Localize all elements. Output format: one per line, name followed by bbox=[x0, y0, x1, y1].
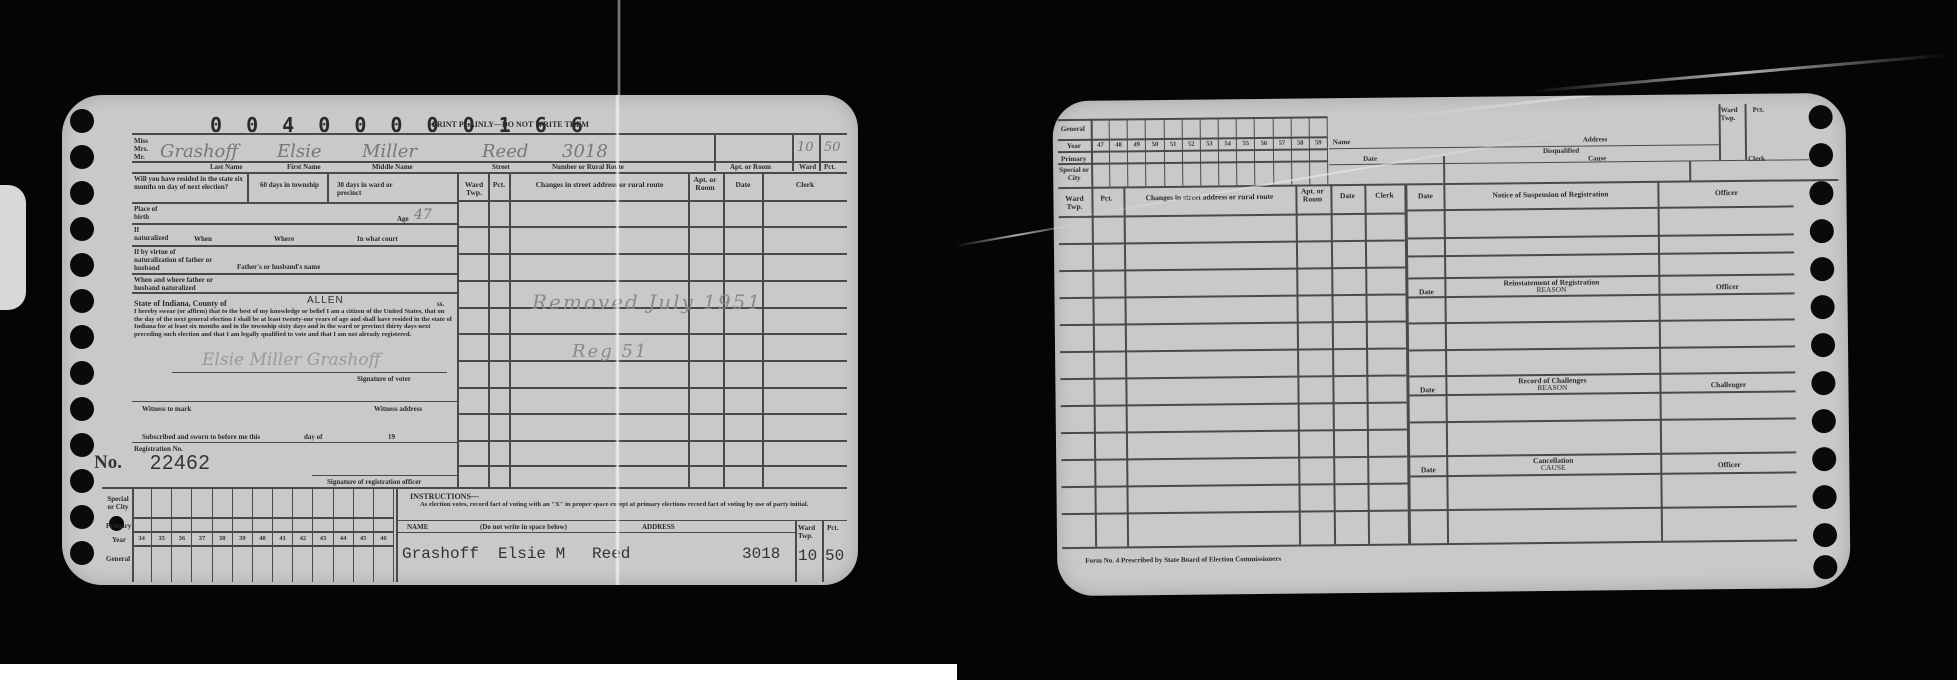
label-first-name: First Name bbox=[287, 163, 321, 171]
year-cell: 37 bbox=[192, 532, 212, 545]
instructions-title: INSTRUCTIONS— bbox=[410, 493, 479, 501]
typed-ward: 10 bbox=[798, 547, 817, 565]
where-label: Where bbox=[274, 235, 294, 243]
year-cell: 58 bbox=[1292, 137, 1310, 148]
oath-text: I hereby swear (or affirm) that to the b… bbox=[134, 308, 454, 338]
middle-name-handwritten: Miller bbox=[362, 141, 417, 162]
right-name-label: Name bbox=[1333, 138, 1351, 146]
right-row-label-primary: Primary bbox=[1061, 155, 1086, 163]
year-cell: 50 bbox=[1146, 139, 1164, 150]
question-six-months: Will you have resided in the state six m… bbox=[134, 175, 244, 191]
when-where-naturalized-label: When and where father or husband natural… bbox=[134, 276, 234, 292]
year-cell: 34 bbox=[132, 532, 152, 545]
reinstatement-header-officer: Officer bbox=[1660, 282, 1794, 291]
cancellation-header-date: Date bbox=[1412, 466, 1444, 474]
title-prefix-mrs: Mrs. bbox=[134, 145, 148, 153]
right-changes-table-grid bbox=[1052, 93, 1845, 101]
fold-crease bbox=[615, 95, 620, 585]
top-pct-value: 50 bbox=[824, 140, 841, 155]
question-30-days: 30 days in ward or precinct bbox=[337, 181, 417, 197]
footer-address-label: ADDRESS bbox=[642, 523, 675, 531]
year-prefix: 19 bbox=[388, 433, 395, 441]
right-changes-header-clerk: Clerk bbox=[1366, 192, 1402, 200]
right-address-label: Address bbox=[1583, 135, 1607, 143]
instructions-text: As election votes, record fact of voting… bbox=[420, 501, 820, 509]
left-changes-header-apt: Apt. or Room bbox=[690, 176, 720, 192]
label-middle-name: Middle Name bbox=[372, 163, 413, 171]
cancellation-header-officer: Officer bbox=[1662, 460, 1796, 469]
center-fold-line bbox=[617, 0, 621, 95]
right-changes-header-apt: Apt. or Room bbox=[1296, 187, 1328, 203]
age-value: 47 bbox=[414, 207, 432, 223]
registration-number: 22462 bbox=[150, 452, 211, 475]
row-label-general: General bbox=[106, 555, 130, 563]
subscribed-label: Subscribed and sworn to before me this bbox=[142, 433, 260, 441]
registration-card-back: General Year Primary Special or City 47 … bbox=[1052, 93, 1850, 596]
year-cell: 47 bbox=[1092, 140, 1110, 151]
challenges-header-challenger: Challenger bbox=[1661, 380, 1795, 389]
label-last-name: Last Name bbox=[210, 163, 242, 171]
place-of-birth-label: Place of birth bbox=[134, 205, 164, 221]
left-changes-header-pct: Pct. bbox=[490, 181, 508, 189]
street-handwritten: Reed bbox=[482, 141, 528, 162]
row-label-year: Year bbox=[112, 536, 126, 544]
witness-to-mark-label: Witness to mark bbox=[142, 405, 191, 413]
suspension-header-date: Date bbox=[1409, 192, 1441, 200]
reg-note-handwritten: Reg 51 bbox=[572, 341, 648, 362]
top-ward-value: 10 bbox=[797, 140, 814, 155]
title-prefix-mr: Mr. bbox=[134, 153, 145, 161]
ss-label: ss. bbox=[437, 300, 444, 308]
year-cell: 53 bbox=[1201, 138, 1219, 149]
header-notice: PRINT PLAINLY—DO NOT WRITE THEM bbox=[432, 121, 589, 129]
registration-no-symbol: No. bbox=[94, 452, 122, 474]
registration-card-front: 0 0 4 0 0 0 0 0 1 6 6 PRINT PLAINLY—DO N… bbox=[62, 95, 858, 585]
right-pct-label: Pct. bbox=[1753, 106, 1765, 114]
year-cell: 38 bbox=[213, 532, 233, 545]
year-cell: 45 bbox=[354, 532, 374, 545]
year-cell: 51 bbox=[1164, 139, 1182, 150]
label-apt-room: Apt. or Room bbox=[730, 163, 771, 171]
by-virtue-label: If by virtue of naturalization of father… bbox=[134, 248, 214, 272]
year-cell: 41 bbox=[273, 532, 293, 545]
right-changes-header-ward: Ward Twp. bbox=[1059, 195, 1089, 211]
removed-note-handwritten: Removed July 1951 bbox=[532, 290, 762, 314]
year-cell: 52 bbox=[1183, 139, 1201, 150]
row-label-special-city: Special or City bbox=[104, 495, 132, 511]
year-cell: 56 bbox=[1255, 138, 1273, 149]
year-cell: 46 bbox=[374, 532, 394, 545]
left-changes-header-date: Date bbox=[724, 181, 762, 189]
father-husband-name-label: Father's or husband's name bbox=[237, 263, 320, 271]
right-row-label-general: General bbox=[1061, 125, 1085, 133]
year-cell: 44 bbox=[334, 532, 354, 545]
suspension-header-officer: Officer bbox=[1659, 188, 1793, 197]
typed-name: Grashoff Elsie M bbox=[402, 545, 565, 563]
footer-pct-label: Pct. bbox=[827, 524, 838, 532]
left-changes-header-address: Changes in street address or rural route bbox=[512, 181, 687, 189]
label-ward: Ward bbox=[799, 163, 816, 171]
year-cell: 39 bbox=[233, 532, 253, 545]
typed-street: Reed bbox=[592, 545, 630, 563]
year-cell: 55 bbox=[1237, 138, 1255, 149]
year-cell: 36 bbox=[172, 532, 192, 545]
when-label: When bbox=[194, 235, 212, 243]
right-clerk-label: Clerk bbox=[1748, 155, 1765, 163]
background-scratch bbox=[1530, 53, 1949, 93]
footer-note: (Do not write in space below) bbox=[480, 523, 567, 531]
state-county-label: State of Indiana, County of bbox=[134, 300, 227, 308]
left-changes-header-ward: Ward Twp. bbox=[460, 181, 488, 197]
question-60-days: 60 days in township bbox=[260, 181, 320, 189]
punch-holes-right bbox=[1052, 93, 1845, 101]
signature-officer-label: Signature of registration officer bbox=[327, 478, 421, 486]
suspension-header-notice: Notice of Suspension of Registration bbox=[1445, 190, 1655, 200]
in-what-court-label: In what court bbox=[357, 235, 398, 243]
left-year-grid: 34 35 36 37 38 39 40 41 42 43 44 45 46 bbox=[132, 532, 394, 545]
footer-ward-label: Ward Twp. bbox=[798, 524, 820, 540]
witness-address-label: Witness address bbox=[374, 405, 422, 413]
number-handwritten: 3018 bbox=[562, 141, 608, 162]
last-name-handwritten: Grashoff bbox=[160, 141, 238, 162]
right-date-label: Date bbox=[1363, 155, 1377, 163]
voter-signature-handwritten: Elsie Miller Grashoff bbox=[202, 350, 381, 370]
row-label-primary: Primary bbox=[106, 522, 131, 530]
form-footer: Form No. 4 Prescribed by State Board of … bbox=[1085, 555, 1281, 565]
year-cell: 59 bbox=[1310, 137, 1328, 148]
year-cell: 48 bbox=[1110, 139, 1128, 150]
title-prefix-miss: Miss bbox=[134, 137, 148, 145]
label-street: Street bbox=[492, 163, 510, 171]
scratch-streak bbox=[1382, 93, 1839, 121]
right-row-label-special-city: Special or City bbox=[1059, 166, 1089, 182]
right-changes-header-date: Date bbox=[1331, 192, 1363, 200]
cancellation-header-cause: CAUSE bbox=[1448, 463, 1658, 473]
year-cell: 42 bbox=[293, 532, 313, 545]
year-cell: 49 bbox=[1128, 139, 1146, 150]
age-label: Age bbox=[397, 215, 409, 223]
year-cell: 57 bbox=[1273, 138, 1291, 149]
year-cell: 35 bbox=[152, 532, 172, 545]
left-changes-header-clerk: Clerk bbox=[767, 181, 843, 189]
right-ward-label: Ward Twp. bbox=[1721, 106, 1743, 122]
right-row-label-year: Year bbox=[1067, 142, 1081, 150]
footer-name-label: NAME bbox=[407, 523, 428, 531]
typed-number: 3018 bbox=[742, 545, 780, 563]
first-name-handwritten: Elsie bbox=[277, 141, 322, 162]
typed-pct: 50 bbox=[825, 547, 844, 565]
year-cell: 54 bbox=[1219, 138, 1237, 149]
right-disqualified-label: Disqualified bbox=[1543, 147, 1579, 155]
label-number: Number or Rural Route bbox=[552, 163, 624, 171]
label-pct: Pct. bbox=[824, 163, 835, 171]
signature-of-voter-label: Signature of voter bbox=[357, 375, 411, 383]
right-changes-header-pct: Pct. bbox=[1091, 194, 1121, 202]
day-of-label: day of bbox=[304, 433, 322, 441]
year-cell: 43 bbox=[313, 532, 333, 545]
naturalized-label: If naturalized bbox=[134, 226, 174, 242]
bottom-white-strip bbox=[0, 664, 957, 680]
county-value: ALLEN bbox=[307, 295, 344, 306]
year-cell: 40 bbox=[253, 532, 273, 545]
left-edge-fragment bbox=[0, 185, 26, 310]
